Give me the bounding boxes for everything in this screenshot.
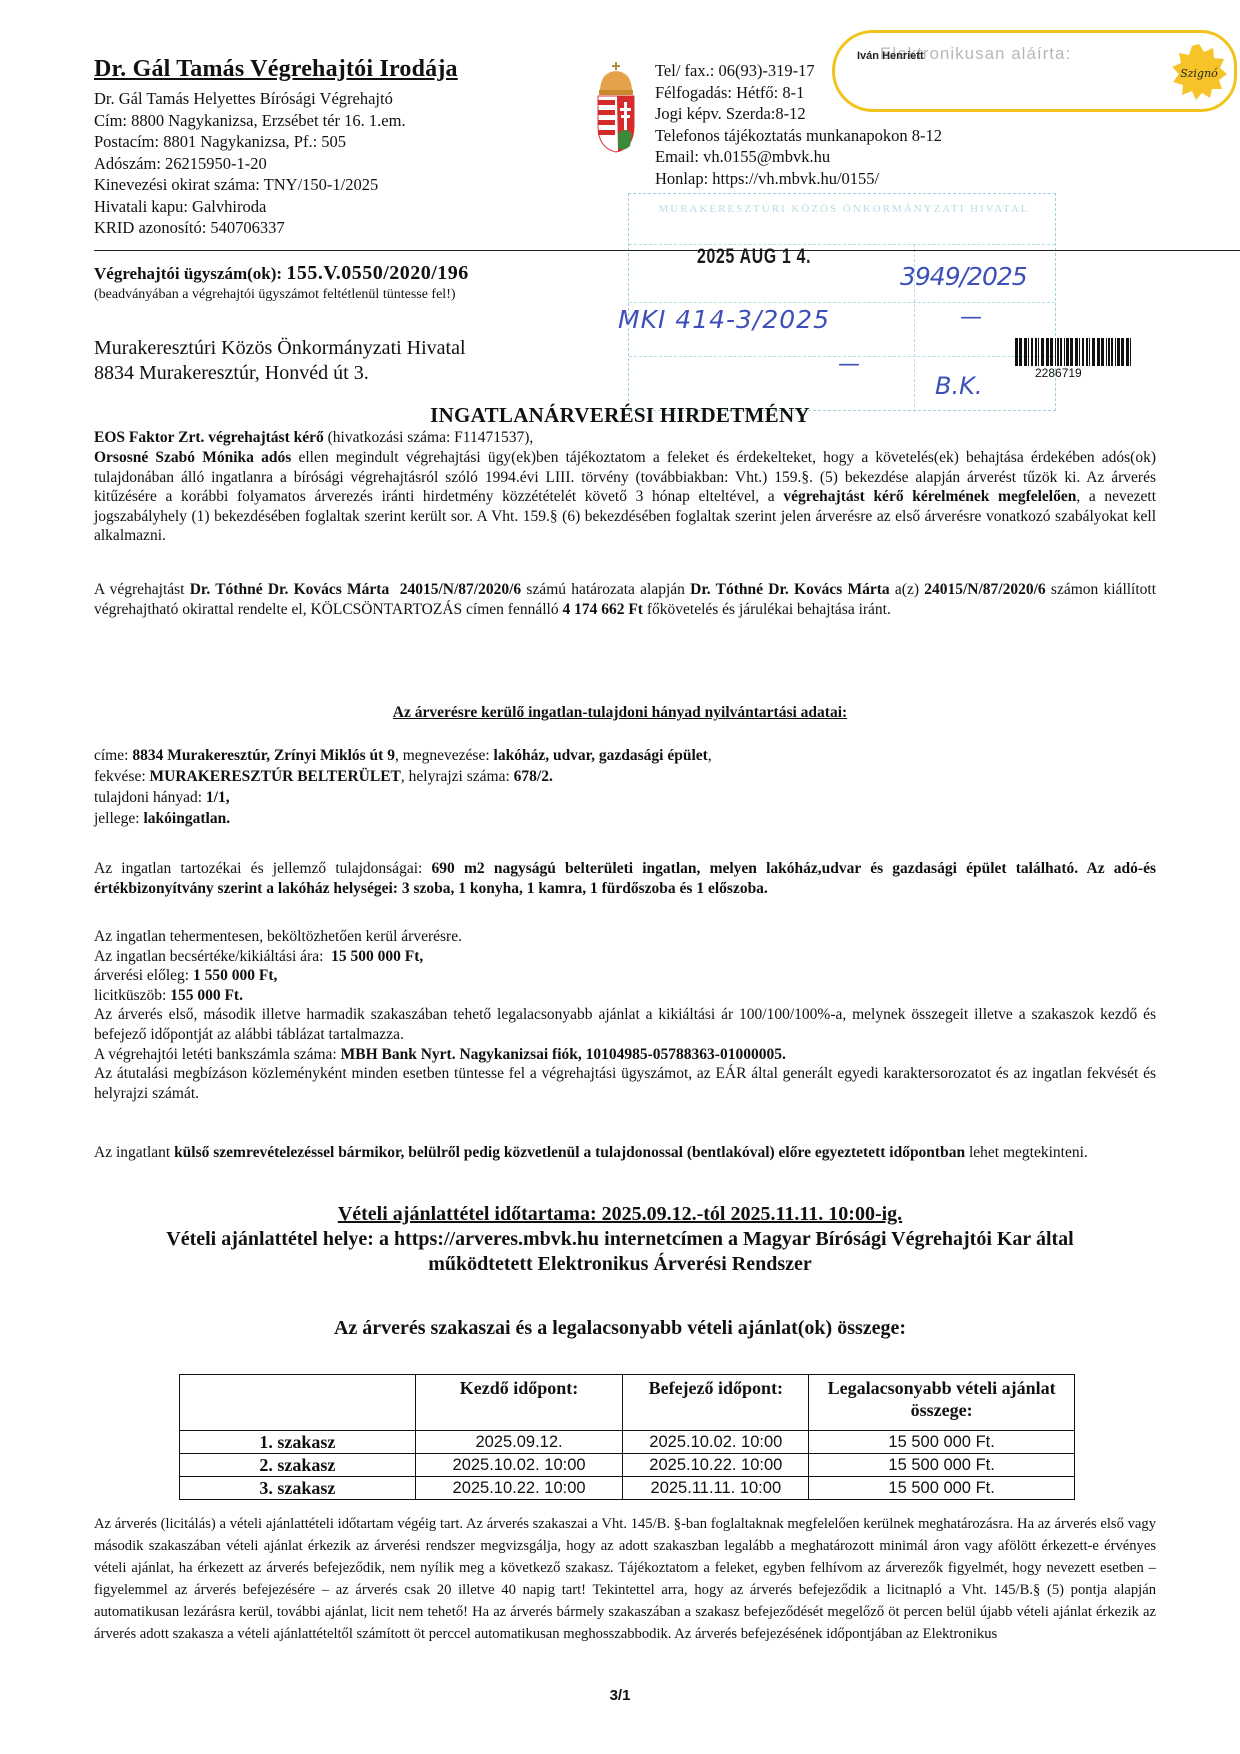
office-line: Hivatali kapu: Galvhiroda <box>94 196 406 218</box>
stamp-date: 2025 AUG 1 4. <box>697 245 811 269</box>
stage-end: 2025.11.11. 10:00 <box>623 1477 809 1500</box>
transfer-note: Az átutalási megbízáson közleményként mi… <box>94 1064 1156 1103</box>
addressee-address: 8834 Murakeresztúr, Honvéd út 3. <box>94 361 466 386</box>
signature-seal-icon: Szignó <box>1170 43 1228 101</box>
increment-line: licitküszöb: 155 000 Ft. <box>94 986 1156 1006</box>
case-number-note: (beadványában a végrehajtói ügyszámot fe… <box>94 287 456 303</box>
requester-paragraph: EOS Faktor Zrt. végrehajtást kérő (hivat… <box>94 428 1156 448</box>
label: fekvése: <box>94 768 146 785</box>
main-emphasis: végrehajtást kérő kérelmének megfelelően <box>783 488 1076 505</box>
handwritten-registry-number: 3949/2025 <box>900 262 1027 291</box>
handwritten-initials: B.K. <box>935 372 982 400</box>
column-header: Befejező időpont: <box>623 1375 809 1431</box>
contact-email[interactable]: Email: vh.0155@mbvk.hu <box>655 146 942 168</box>
requester-name: EOS Faktor Zrt. <box>94 429 204 446</box>
handwritten-reference: MKI 414-3/2025 <box>618 305 830 334</box>
deposit-line: árverési előleg: 1 550 000 Ft, <box>94 966 1156 986</box>
property-section-title: Az árverésre kerülő ingatlan-tulajdoni h… <box>0 704 1240 722</box>
table-row: 3. szakasz 2025.10.22. 10:00 2025.11.11.… <box>180 1477 1075 1500</box>
debtor-name: Orsosné Szabó Mónika <box>94 449 254 466</box>
requester-ref: (hivatkozási száma: F11471537), <box>328 429 534 446</box>
stage-start: 2025.09.12. <box>415 1431 623 1454</box>
stage-name: 2. szakasz <box>180 1454 416 1477</box>
label: tulajdoni hányad: <box>94 789 202 806</box>
viewing-text: Az ingatlant <box>94 1144 174 1161</box>
property-address: 8834 Murakeresztúr, Zrínyi Miklós út 9 <box>132 747 395 764</box>
handwritten-dash: — <box>960 305 982 330</box>
property-share-line: tulajdoni hányad: 1/1, <box>94 787 1156 808</box>
debtor-role: adós <box>261 449 291 466</box>
property-designation: lakóház, udvar, gazdasági épület <box>494 747 708 764</box>
offer-period: Vételi ajánlattétel időtartama: 2025.09.… <box>0 1203 1240 1226</box>
case-number-value: 155.V.0550/2020/196 <box>286 262 468 284</box>
min-offer-text: Az árverés első, második illetve harmadi… <box>94 1005 1156 1044</box>
label: , megnevezése: <box>395 747 490 764</box>
office-line: KRID azonosító: 540706337 <box>94 217 406 239</box>
coat-of-arms-icon <box>594 62 638 154</box>
decision-text: főkövetelés és járulékai behajtása iránt… <box>643 601 891 618</box>
property-details: címe: 8834 Murakeresztúr, Zrínyi Miklós … <box>94 745 1156 829</box>
viewing-text: lehet megtekinteni. <box>965 1144 1088 1161</box>
stage-start: 2025.10.02. 10:00 <box>415 1454 623 1477</box>
office-line: Cím: 8800 Nagykanizsa, Erzsébet tér 16. … <box>94 110 406 132</box>
office-line: Kinevezési okirat száma: TNY/150-1/2025 <box>94 174 406 196</box>
price-line: Az ingatlan becsértéke/kikiáltási ára: 1… <box>94 947 1156 967</box>
office-line: Dr. Gál Tamás Helyettes Bírósági Végreha… <box>94 88 406 110</box>
barcode-number: 2286719 <box>1035 366 1082 380</box>
stages-table-title: Az árverés szakaszai és a legalacsonyabb… <box>0 1317 1240 1340</box>
addressee-name: Murakeresztúri Közös Önkormányzati Hivat… <box>94 336 466 361</box>
stage-end: 2025.10.02. 10:00 <box>623 1431 809 1454</box>
page-number: 3/1 <box>0 1687 1240 1704</box>
auction-rules-paragraph: Az árverés (licitálás) a vételi ajánlatt… <box>94 1513 1156 1645</box>
label: címe: <box>94 747 128 764</box>
stage-end: 2025.10.22. 10:00 <box>623 1454 809 1477</box>
label: , helyrajzi száma: <box>401 768 510 785</box>
office-line: Adószám: 26215950-1-20 <box>94 153 406 175</box>
lot-number: 678/2. <box>514 768 553 785</box>
barcode-icon <box>1015 338 1133 366</box>
stage-start: 2025.10.22. 10:00 <box>415 1477 623 1500</box>
decision-text: a(z) <box>890 581 925 598</box>
label: Az ingatlan tartozékai és jellemző tulaj… <box>94 860 422 877</box>
stage-min-offer: 15 500 000 Ft. <box>809 1431 1075 1454</box>
signer-name: Iván Henriett <box>857 50 924 62</box>
label: árverési előleg: <box>94 967 189 984</box>
svg-text:Szignó: Szignó <box>1180 67 1218 80</box>
decision-text: számú határozata alapján <box>521 581 690 598</box>
claim-amount: 4 174 662 Ft <box>562 601 643 618</box>
label: jellege: <box>94 810 140 827</box>
stamp-header: MURAKERESZTÚRI KÖZÖS ÖNKORMÁNYZATI HIVAT… <box>649 202 1039 216</box>
table-header-row: Kezdő időpont: Befejező időpont: Legalac… <box>180 1375 1075 1431</box>
document-title: INGATLANÁRVERÉSI HIRDETMÉNY <box>0 403 1240 428</box>
office-line: Postacím: 8801 Nagykanizsa, Pf.: 505 <box>94 131 406 153</box>
office-details: Dr. Gál Tamás Helyettes Bírósági Végreha… <box>94 88 406 239</box>
contact-website[interactable]: Honlap: https://vh.mbvk.hu/0155/ <box>655 168 942 190</box>
label: Az ingatlan becsértéke/kikiáltási ára: <box>94 948 323 965</box>
property-features: Az ingatlan tartozékai és jellemző tulaj… <box>94 859 1156 898</box>
stamp-divider <box>629 244 1055 245</box>
encumbrance-line: Az ingatlan tehermentesen, beköltözhetőe… <box>94 927 1156 947</box>
property-type-line: jellege: lakóingatlan. <box>94 808 1156 829</box>
stage-min-offer: 15 500 000 Ft. <box>809 1477 1075 1500</box>
property-type: lakóingatlan. <box>144 810 231 827</box>
bid-increment: 155 000 Ft. <box>170 987 243 1004</box>
column-header: Legalacsonyabb vételi ajánlat összege: <box>809 1375 1075 1431</box>
stamp-divider <box>629 302 1055 303</box>
judge-name: Dr. Tóthné Dr. Kovács Márta <box>190 581 390 598</box>
office-title: Dr. Gál Tamás Végrehajtói Irodája <box>94 56 458 83</box>
bank-line: A végrehajtói letéti bankszámla száma: M… <box>94 1045 1156 1065</box>
viewing-paragraph: Az ingatlant külső szemrevételezéssel bá… <box>94 1143 1156 1163</box>
starting-price: 15 500 000 Ft, <box>331 948 423 965</box>
offer-place: Vételi ajánlattétel helye: a https://arv… <box>120 1227 1120 1277</box>
decision-number: 24015/N/87/2020/6 <box>400 581 521 598</box>
case-number: Végrehajtói ügyszám(ok): 155.V.0550/2020… <box>94 262 469 285</box>
label: licitküszöb: <box>94 987 166 1004</box>
decision-paragraph: A végrehajtást Dr. Tóthné Dr. Kovács Már… <box>94 580 1156 619</box>
property-location: MURAKERESZTÚR BELTERÜLET <box>150 768 401 785</box>
decision-number: 24015/N/87/2020/6 <box>924 581 1045 598</box>
viewing-emphasis: külső szemrevételezéssel bármikor, belül… <box>174 1144 965 1161</box>
deposit-amount: 1 550 000 Ft, <box>193 967 277 984</box>
ownership-share: 1/1, <box>206 789 230 806</box>
contact-phone-info: Telefonos tájékoztatás munkanapokon 8-12 <box>655 125 942 147</box>
case-number-label: Végrehajtói ügyszám(ok): <box>94 264 282 283</box>
decision-text: A végrehajtást <box>94 581 190 598</box>
stage-min-offer: 15 500 000 Ft. <box>809 1454 1075 1477</box>
column-header <box>180 1375 416 1431</box>
auction-stages-table: Kezdő időpont: Befejező időpont: Legalac… <box>179 1374 1075 1500</box>
bank-account: MBH Bank Nyrt. Nagykanizsai fiók, 101049… <box>341 1046 786 1063</box>
requester-role: végrehajtást kérő <box>208 429 324 446</box>
stage-name: 1. szakasz <box>180 1431 416 1454</box>
property-location-line: fekvése: MURAKERESZTÚR BELTERÜLET, helyr… <box>94 766 1156 787</box>
stage-name: 3. szakasz <box>180 1477 416 1500</box>
judge-name: Dr. Tóthné Dr. Kovács Márta <box>690 581 890 598</box>
property-address-line: címe: 8834 Murakeresztúr, Zrínyi Miklós … <box>94 745 1156 766</box>
table-row: 2. szakasz 2025.10.02. 10:00 2025.10.22.… <box>180 1454 1075 1477</box>
table-row: 1. szakasz 2025.09.12. 2025.10.02. 10:00… <box>180 1431 1075 1454</box>
pricing-details: Az ingatlan tehermentesen, beköltözhetőe… <box>94 927 1156 1103</box>
registration-stamp: MURAKERESZTÚRI KÖZÖS ÖNKORMÁNYZATI HIVAT… <box>628 193 1056 411</box>
main-paragraph: Orsosné Szabó Mónika adós ellen megindul… <box>94 448 1156 546</box>
handwritten-dash: — <box>838 352 860 377</box>
label: A végrehajtói letéti bankszámla száma: <box>94 1046 337 1063</box>
header-rule <box>94 250 1240 251</box>
column-header: Kezdő időpont: <box>415 1375 623 1431</box>
electronic-signature-box: Elektronikusan aláírta: Iván Henriett Sz… <box>832 30 1237 112</box>
addressee: Murakeresztúri Közös Önkormányzati Hivat… <box>94 336 466 386</box>
